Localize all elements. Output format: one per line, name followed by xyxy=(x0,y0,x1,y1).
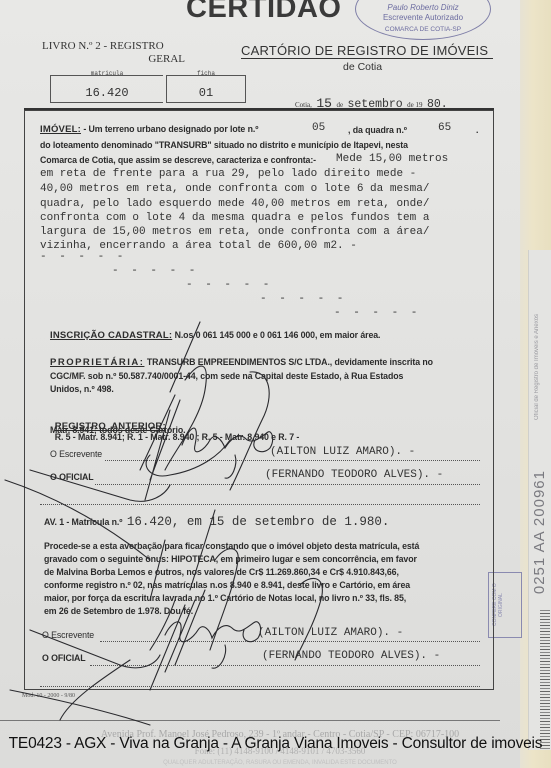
barcode-icon xyxy=(540,610,550,750)
escrevente-signature-line-1 xyxy=(105,460,480,461)
proprietaria-line-1: PROPRIETÁRIA: TRANSURB EMPREENDIMENTOS S… xyxy=(50,357,433,368)
typed-line-1: em reta de frente para a rua 29, pelo la… xyxy=(40,168,416,180)
averbacao-line-4: conforme registro n.º 02, nas matrículas… xyxy=(44,580,410,590)
seal-role: Escrevente Autorizado xyxy=(356,13,490,22)
section-divider-1 xyxy=(40,504,480,505)
inscricao-value: N.os 0 061 145 000 e 0 061 146 000, em m… xyxy=(175,330,381,340)
oficial-label-2: O OFICIAL xyxy=(42,653,86,663)
oficial-name-1: (FERNANDO TEODORO ALVES). - xyxy=(265,469,443,481)
oficial-signature-line-2 xyxy=(90,665,480,666)
ficha-label: ficha xyxy=(167,70,245,77)
oficial-label-1: O OFICIAL xyxy=(50,472,94,482)
book-label-line1: LIVRO N.º 2 - REGISTRO xyxy=(42,40,187,53)
filler-dashes-4: - - - - - xyxy=(260,293,346,305)
adulteration-notice: QUALQUER ADULTERAÇÃO, RASURA OU EMENDA, … xyxy=(100,760,460,766)
typed-line-2: 40,00 metros em reta, onde confronta com… xyxy=(40,183,429,195)
typed-line-5: largura de 15,00 metros em reta, onde co… xyxy=(40,226,429,238)
watermark-caption: TE0423 - AGX - Viva na Granja - A Granja… xyxy=(0,735,551,753)
averbacao-line-1: Procede-se a esta averbação para ficar c… xyxy=(44,541,419,551)
book-label: LIVRO N.º 2 - REGISTRO GERAL xyxy=(42,40,187,66)
averbacao-prefix: AV. 1 - Matrícula n.º xyxy=(44,517,122,527)
imovel-intro: - Um terreno urbano designado por lote n… xyxy=(83,124,258,134)
imovel-line-3-typed: Mede 15,00 metros xyxy=(336,153,448,165)
proprietaria-line-3: Unidos, n.º 498. xyxy=(50,384,114,394)
escrevente-name-2: (AILTON LUIZ AMARO). - xyxy=(258,627,403,639)
seal-name: Paulo Roberto Diniz xyxy=(356,3,490,12)
book-label-line2: GERAL xyxy=(42,53,187,66)
imovel-line-2: do loteamento denominado "TRANSURB" situ… xyxy=(40,140,408,150)
averbacao-line-3: de Malvina Borba Lemos e outros, nos val… xyxy=(44,567,399,577)
seal-comarca: COMARCA DE COTIA-SP xyxy=(356,26,490,33)
escrevente-name-1: (AILTON LUIZ AMARO). - xyxy=(270,446,415,458)
footer-rule xyxy=(0,720,500,721)
matricula-label: matricula xyxy=(51,70,163,77)
filler-dashes-5: - - - - - xyxy=(334,307,420,319)
quadra-text: , da quadra n.º xyxy=(348,125,407,135)
imovel-line1-end: . xyxy=(476,125,478,135)
escrevente-signature-line-2 xyxy=(100,641,480,642)
escrevente-label-1: O Escrevente xyxy=(50,449,102,459)
typed-line-4: confronta com o lote 4 da mesma quadra e… xyxy=(40,212,429,224)
form-model-number: Mod. 10 - 2000 - 9/80 xyxy=(22,693,75,699)
filler-dashes-2: - - - - - xyxy=(112,265,198,277)
filler-dashes-3: - - - - - xyxy=(186,279,272,291)
averbacao-line-5: maior, por força da escritura lavrada no… xyxy=(44,593,406,603)
quadra-number: 65 xyxy=(438,122,451,134)
proprietaria-text-1: TRANSURB EMPREENDIMENTOS S/C LTDA., devi… xyxy=(147,357,433,367)
imovel-label: IMÓVEL: xyxy=(40,124,81,135)
matricula-value: 16.420 xyxy=(51,86,163,100)
oficial-name-2: (FERNANDO TEODORO ALVES). - xyxy=(262,650,440,662)
averbacao-line-6: em 26 de Setembro de 1.978. Dou fé. xyxy=(44,606,193,616)
matricula-box: matricula 16.420 xyxy=(50,75,163,103)
filler-dashes-1: - - - - - xyxy=(40,251,126,263)
inscricao-cadastral: INSCRIÇÃO CADASTRAL: N.os 0 061 145 000 … xyxy=(50,330,380,341)
section-divider-2 xyxy=(40,686,480,687)
oficial-signature-line-1 xyxy=(95,484,480,485)
averbacao-line-2: gravado com o seguinte ônus: HIPOTECA, e… xyxy=(44,554,417,564)
proprietaria-label: PROPRIETÁRIA: xyxy=(50,357,144,368)
averbacao-heading: AV. 1 - Matrícula n.º 16.420, em 15 de s… xyxy=(44,512,389,530)
proprietaria-line-2: CGC/MF. sob n.º 50.587.740/0001-44, com … xyxy=(50,371,403,381)
imovel-line-1: IMÓVEL: - Um terreno urbano designado po… xyxy=(40,124,258,135)
ficha-box: ficha 01 xyxy=(166,75,246,103)
registro-anterior-line-2: Matr. 8.941; todos deste Cartório. xyxy=(50,425,185,435)
document-title: CERTIDAO xyxy=(186,0,341,25)
inscricao-label: INSCRIÇÃO CADASTRAL: xyxy=(50,330,172,341)
security-serial-number: 0251 AA 200961 xyxy=(531,470,548,594)
imovel-line-3: Comarca de Cotia, que assim se descreve,… xyxy=(40,155,316,165)
typed-line-3: quadra, pelo lado esquerdo mede 40,00 me… xyxy=(40,198,429,210)
registry-office-city: de Cotia xyxy=(343,61,382,73)
registry-frame xyxy=(24,110,494,690)
averbacao-heading-typed: 16.420, em 15 de setembro de 1.980. xyxy=(127,515,390,529)
escrevente-label-2: O Escrevente xyxy=(42,630,94,640)
registry-office-name: CARTÓRIO DE REGISTRO DE IMÓVEIS xyxy=(241,43,493,59)
margin-side-note: Oficial de Registro de Imóveis e Anexos xyxy=(534,270,544,420)
lote-number: 05 xyxy=(312,122,325,134)
ficha-value: 01 xyxy=(167,86,245,100)
